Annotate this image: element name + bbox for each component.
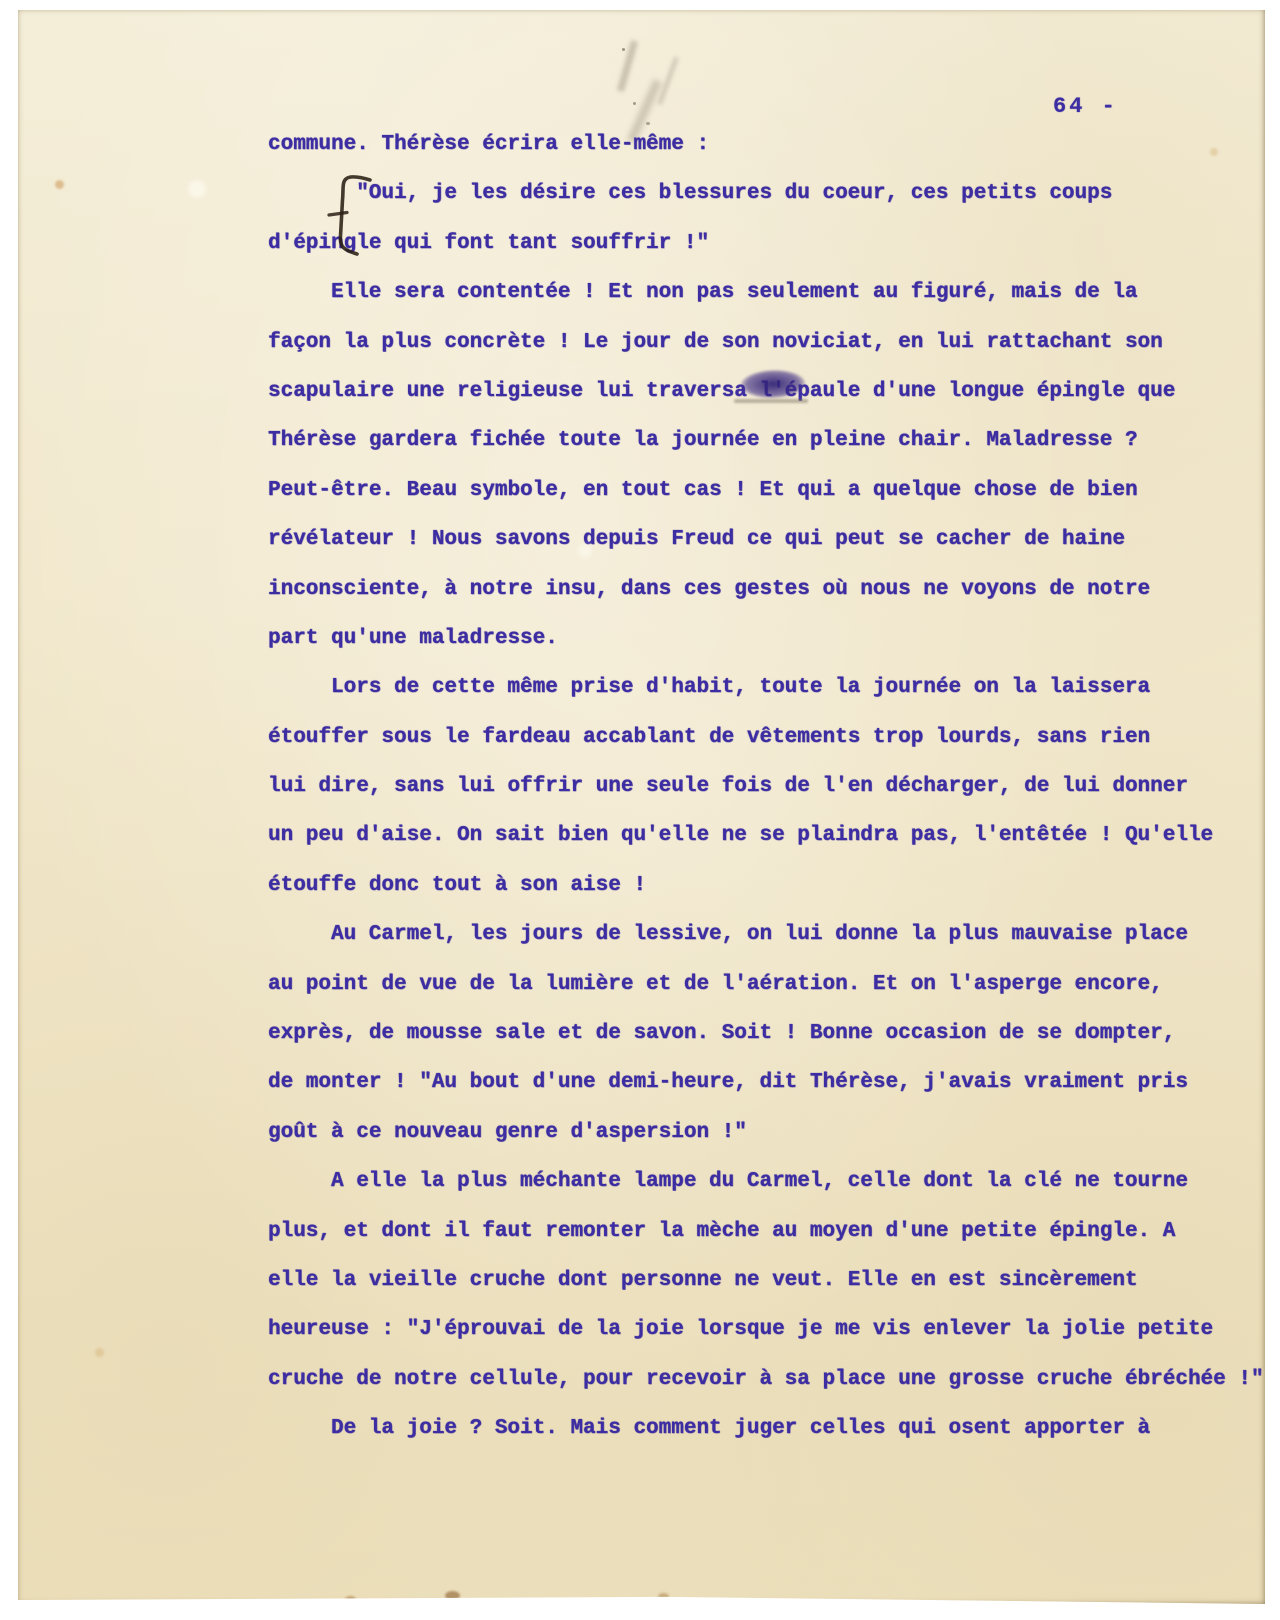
typed-line: exprès, de mousse sale et de savon. Soit… (268, 1009, 1278, 1058)
typed-line: d'épingle qui font tant souffrir !" (268, 219, 1278, 268)
document-page: 64 - commune. Thérèse écrira elle-même :… (18, 10, 1265, 1604)
age-spot (95, 1348, 104, 1357)
typed-line: Lors de cette même prise d'habit, toute … (268, 663, 1278, 712)
typed-line: part qu'une maladresse. (268, 614, 1278, 663)
typed-line: De la joie ? Soit. Mais comment juger ce… (268, 1404, 1278, 1453)
age-spot (55, 180, 64, 189)
typed-line: Thérèse gardera fichée toute la journée … (268, 416, 1278, 465)
typed-line: lui dire, sans lui offrir une seule fois… (268, 762, 1278, 811)
typed-line: goût à ce nouveau genre d'aspersion !" (268, 1108, 1278, 1157)
pencil-smudge (617, 40, 638, 92)
pencil-smudge (658, 57, 679, 105)
age-spot (188, 180, 206, 198)
bracket-dash (329, 213, 347, 216)
age-spot (578, 544, 592, 558)
typed-line: étouffer sous le fardeau accablant de vê… (268, 713, 1278, 762)
typed-line: A elle la plus méchante lampe du Carmel,… (268, 1157, 1278, 1206)
typed-line: façon la plus concrète ! Le jour de son … (268, 318, 1278, 367)
edge-stain (445, 1591, 460, 1600)
edge-stain (658, 1593, 669, 1600)
typed-line: un peu d'aise. On sait bien qu'elle ne s… (268, 811, 1278, 860)
typed-line: au point de vue de la lumière et de l'aé… (268, 960, 1278, 1009)
typed-line: elle la vieille cruche dont personne ne … (268, 1256, 1278, 1305)
typed-line: inconsciente, à notre insu, dans ces ges… (268, 565, 1278, 614)
ink-blot-smear (734, 399, 808, 403)
age-spot (1210, 148, 1218, 156)
pencil-speck (633, 102, 636, 105)
typed-line: Au Carmel, les jours de lessive, on lui … (268, 910, 1278, 959)
typed-line: Peut-être. Beau symbole, en tout cas ! E… (268, 466, 1278, 515)
pencil-speck (622, 48, 625, 51)
edge-stain (345, 1596, 356, 1603)
typed-line: commune. Thérèse écrira elle-même : (268, 120, 1278, 169)
typed-line: heureuse : "J'éprouvai de la joie lorsqu… (268, 1305, 1278, 1354)
typed-text: commune. Thérèse écrira elle-même : "Oui… (268, 120, 1278, 1454)
page-number: 64 - (1053, 94, 1118, 119)
typed-line: plus, et dont il faut remonter la mèche … (268, 1207, 1278, 1256)
typed-line: révélateur ! Nous savons depuis Freud ce… (268, 515, 1278, 564)
typed-line: "Oui, je les désire ces blessures du coe… (268, 169, 1278, 218)
margin-bracket-mark (326, 170, 374, 262)
typed-line: étouffe donc tout à son aise ! (268, 861, 1278, 910)
bracket-stroke (340, 177, 370, 254)
typed-line: Elle sera contentée ! Et non pas seuleme… (268, 268, 1278, 317)
typed-line: cruche de notre cellule, pour recevoir à… (268, 1355, 1278, 1404)
typed-line: de monter ! "Au bout d'une demi-heure, d… (268, 1058, 1278, 1107)
